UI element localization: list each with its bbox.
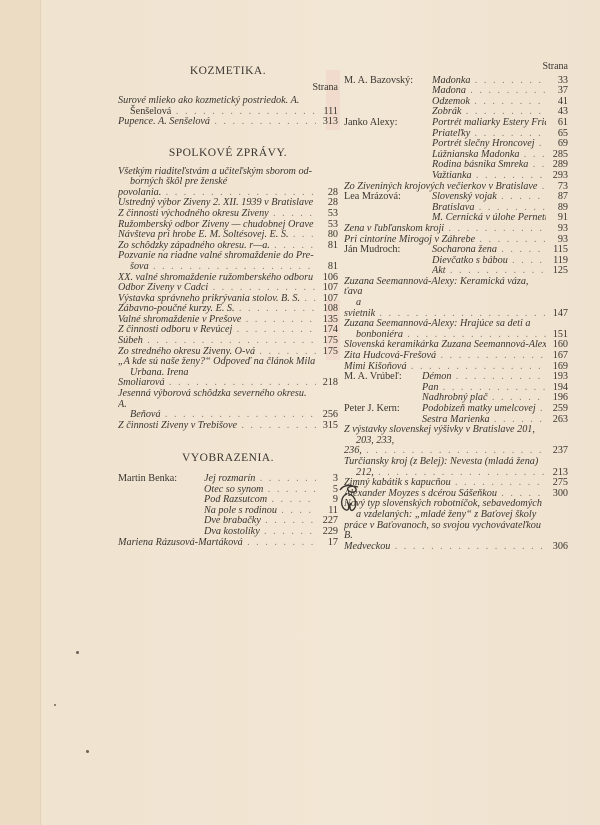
toc-entry: Z činnosti východného okresu Živeny53 — [118, 209, 338, 220]
artwork-title: Sestra Marienka — [422, 415, 546, 426]
toc-entry: Valné shromaždenie v Prešove135 — [118, 315, 338, 326]
toc-entry: Z činnosti Živeny v Trebišove315 — [118, 421, 338, 432]
entry-text: Odbor Živeny v Čadci — [118, 283, 316, 293]
fleuron-ornament-icon — [334, 480, 364, 516]
right-column: Strana M. A. Bazovský: Madonka33 Madona3… — [344, 62, 568, 552]
entry-title: Z činnosti Živeny v Trebišove — [118, 421, 316, 432]
entry-text-cont: 203, 233, 236, — [344, 435, 546, 457]
artwork-title: Bratislava — [432, 203, 546, 214]
artworks-list-1: M. A. Bazovský: Madonka33 Madona37 Odzem… — [344, 76, 568, 277]
artworks-list-3: M. A. Vrúbeľ: Démon193 Pan194 Nadhrobný … — [344, 372, 568, 425]
entry-text: Mimi Kišoňová — [344, 362, 546, 372]
artwork-title: Na pole s rodinou — [204, 506, 316, 517]
entry-text-cont: 212, — [344, 467, 546, 478]
page-number: 229 — [316, 527, 338, 538]
toc-entry: Nový typ slovenských robotníčok, sebaved… — [344, 499, 568, 552]
artwork-entry: Mariena Rázusová-Martáková17 — [118, 538, 338, 549]
artwork-entry: Otec so synom5 — [118, 485, 338, 496]
entry-text: XX. valné shromaždenie ružomberského odb… — [118, 273, 316, 283]
artwork-title: Dva kostolíky — [204, 527, 316, 538]
toc-entry: Zimný kabátik s kapucňou275 — [344, 478, 568, 489]
entry-title: XX. valné shromaždenie ružomberského odb… — [118, 273, 316, 284]
entry-title: Výstavka správneho prikrývania stolov. B… — [118, 294, 316, 305]
page-number: 313 — [316, 117, 338, 128]
toc-entry: Zuzana Seemannová-Alexy: Keramická váza,… — [344, 277, 568, 319]
artwork-entry: Pod Razsutcom9 — [118, 495, 338, 506]
entry-text: Valné shromaždenie v Prešove — [118, 315, 316, 325]
document-page: KOZMETIKA. Strana Surové mlieko ako kozm… — [0, 0, 600, 825]
entry-title: Nový typ slovenských robotníčok, sebaved… — [344, 499, 546, 552]
entry-title: Zuzana Seemannová-Alexy: Hrajúce sa deti… — [344, 319, 546, 340]
artwork-entry: Na pole s rodinou11 — [118, 506, 338, 517]
artwork-title: Akt — [432, 266, 546, 277]
entry-text-cont: borných škôl pre ženské povolania. — [118, 176, 316, 198]
artworks-list-4: Z výstavky slovenskej výšivky v Bratisla… — [344, 425, 568, 552]
entry-text: Z činnosti odboru v Revúcej — [118, 325, 316, 335]
entry-text-cont: a svietnik — [344, 297, 546, 319]
entry-text: Zo schôdzky západného okresu. r—a. — [118, 241, 316, 251]
artwork-title: Dve brabačky — [204, 516, 316, 527]
entry-text: Zo stredného okresu Živeny. O-vá — [118, 347, 316, 357]
page-number: 61 — [546, 118, 568, 129]
artwork-title: Pan — [422, 383, 546, 394]
entry-title: Zimný kabátik s kapucňou — [344, 478, 546, 489]
page-number: 263 — [546, 415, 568, 426]
page-number: 81 — [316, 262, 338, 273]
artist-name: Martin Benka: — [118, 474, 204, 485]
artwork-title: Nadhrobný plač — [422, 393, 546, 404]
entry-text: Zuzana Seemannová-Alexy: Hrajúce sa deti… — [344, 319, 530, 329]
section-title-vyobrazenia: VYOBRAZENIA. — [118, 453, 338, 464]
entry-title: Z výstavky slovenskej výšivky v Bratisla… — [344, 425, 546, 457]
page-number: 125 — [546, 266, 568, 277]
page-number: 237 — [546, 446, 568, 457]
toc-entry: Výstavka správneho prikrývania stolov. B… — [118, 294, 338, 305]
artwork-entry: Važtianka293 — [344, 171, 568, 182]
artist-name: Peter J. Kern: — [344, 404, 422, 415]
toc-entry: Jesenná výborová schôdzka severného okre… — [118, 389, 338, 421]
page-fold-line — [40, 0, 41, 825]
speck — [86, 750, 89, 753]
artwork-entry: M. A. Bazovský: Madonka33 — [344, 76, 568, 87]
toc-entry: Zo schôdzky západného okresu. r—a.81 — [118, 241, 338, 252]
entry-text: Nový typ slovenských robotníčok, sebaved… — [344, 499, 542, 509]
toc-entry: Zábavno-poučné kurzy. E. S.108 — [118, 304, 338, 315]
toc-entry: Návšteva pri hrobe E. M. Šoltésovej. E. … — [118, 230, 338, 241]
speck — [54, 704, 56, 706]
artwork-entry: M. A. Vrúbeľ: Démon193 — [344, 372, 568, 383]
entry-title: Ústredný výbor Živeny 2. XII. 1939 v Bra… — [118, 198, 316, 209]
entry-title: Odbor Živeny v Čadci — [118, 283, 316, 294]
toc-entry: „A kde sú naše ženy?“ Odpoveď na článok … — [118, 357, 338, 389]
toc-entry: Súbeh175 — [118, 336, 338, 347]
entry-text: Ústredný výbor Živeny 2. XII. 1939 v Bra… — [118, 198, 316, 208]
artwork-entry: Dve brabačky227 — [118, 516, 338, 527]
toc-entry: Odbor Živeny v Čadci107 — [118, 283, 338, 294]
page-number: 300 — [546, 489, 568, 500]
artwork-entry: Rodina básnika Smreka289 — [344, 160, 568, 171]
page-number: 93 — [546, 224, 568, 235]
entry-text: Zábavno-poučné kurzy. E. S. — [118, 304, 316, 314]
artwork-title: Otec so synom — [204, 485, 316, 496]
spolkove-zpravy-list: Všetkým riaditeľstvám a učiteľským sboro… — [118, 167, 338, 432]
entry-title: Alexander Moyzes s dcérou Sášeňkou — [344, 489, 546, 500]
artwork-entry: Lúžnianska Madonka285 — [344, 150, 568, 161]
toc-entry: Zo stredného okresu Živeny. O-vá175 — [118, 347, 338, 358]
artwork-entry: Sestra Marienka263 — [344, 415, 568, 426]
artwork-entry: Bratislava89 — [344, 203, 568, 214]
toc-entry: Ružomberský odbor Živeny — chudobnej Ora… — [118, 220, 338, 231]
entry-title: Zo stredného okresu Živeny. O-vá — [118, 347, 316, 358]
artwork-entry: M. Černická v úlohe Pernetty91 — [344, 213, 568, 224]
entry-text: Turčiansky kroj (z Belej): Nevesta (mlad… — [344, 457, 538, 467]
toc-entry: Turčiansky kroj (z Belej): Nevesta (mlad… — [344, 457, 568, 478]
toc-entry: Zuzana Seemannová-Alexy: Hrajúce sa deti… — [344, 319, 568, 340]
artwork-entry: Lea Mrázová: Slovenský vojak87 — [344, 192, 568, 203]
entry-title: Zuzana Seemannová-Alexy: Keramická váza,… — [344, 277, 546, 319]
artwork-title: Portrét slečny Hroncovej — [432, 139, 546, 150]
entry-title: Jesenná výborová schôdzka severného okre… — [118, 389, 316, 421]
artwork-title: Priateľky — [432, 129, 546, 140]
entry-text: Zimný kabátik s kapucňou — [344, 478, 546, 488]
entry-text-cont: Urbana. Irena Smoliarová — [118, 367, 316, 389]
artwork-entry: Ján Mudroch: Socharona žena115 — [344, 245, 568, 256]
left-column: KOZMETIKA. Strana Surové mlieko ako kozm… — [118, 56, 338, 548]
artwork-entry: Dievčatko s bábou119 — [344, 256, 568, 267]
entry-title: Zo schôdzky západného okresu. r—a. — [118, 241, 316, 252]
toc-entry: Slovenská keramikárka Zuzana Seemannová-… — [344, 340, 568, 351]
toc-entry: Pozvanie na riadne valné shromaždenie do… — [118, 251, 338, 272]
artist-name: M. A. Bazovský: — [344, 76, 432, 87]
entry-text: Z činnosti Živeny v Trebišove — [118, 421, 316, 431]
artwork-entry: Priateľky65 — [344, 129, 568, 140]
entry-title: Všetkým riaditeľstvám a učiteľským sboro… — [118, 167, 316, 199]
artwork-title: Žobrák — [432, 107, 546, 118]
entry-text-cont: šova — [118, 261, 316, 272]
artwork-title: Socharona žena — [432, 245, 546, 256]
page-number: 218 — [316, 378, 338, 389]
entry-text: Ružomberský odbor Živeny — chudobnej Ora… — [118, 220, 316, 230]
entry-title: Zita Hudcová-Frešová — [344, 351, 546, 362]
entry-text: Jesenná výborová schôdzka severného okre… — [118, 389, 307, 410]
page-number: 81 — [316, 241, 338, 252]
entry-title: Ružomberský odbor Živeny — chudobnej Ora… — [118, 220, 316, 231]
artwork-title: Portrét maliarky Estery Fridrikovej — [432, 118, 546, 129]
entry-text: „A kde sú naše ženy?“ Odpoveď na článok … — [118, 357, 315, 367]
artwork-title: Važtianka — [432, 171, 546, 182]
artwork-title: Démon — [422, 372, 546, 383]
entry-text-cont: Beňová — [118, 409, 316, 420]
entry-text: Návšteva pri hrobe E. M. Šoltésovej. E. … — [118, 230, 316, 240]
toc-entry: XX. valné shromaždenie ružomberského odb… — [118, 273, 338, 284]
entry-text: Z výstavky slovenskej výšivky v Bratisla… — [344, 425, 535, 435]
artwork-title: Podobizeň matky umelcovej — [422, 404, 546, 415]
toc-entry: Alexander Moyzes s dcérou Sášeňkou300 — [344, 489, 568, 500]
artwork-entry: Dva kostolíky229 — [118, 527, 338, 538]
artist-name: M. A. Vrúbeľ: — [344, 372, 422, 383]
artwork-entry: Peter J. Kern: Podobizeň matky umelcovej… — [344, 404, 568, 415]
entry-text-cont: bonboniéra — [344, 329, 546, 340]
artwork-entry: Portrét slečny Hroncovej69 — [344, 139, 568, 150]
section-title-spolkove-zpravy: SPOLKOVÉ ZPRÁVY. — [118, 148, 338, 159]
artwork-entry: Janko Alexy: Portrét maliarky Estery Fri… — [344, 118, 568, 129]
entry-text: Pozvanie na riadne valné shromaždenie do… — [118, 251, 314, 261]
page-number: 175 — [316, 347, 338, 358]
artist-name: Ján Mudroch: — [344, 245, 432, 256]
toc-entry: Všetkým riaditeľstvám a učiteľským sboro… — [118, 167, 338, 199]
artwork-entry: Martin Benka: Jej rozmarín3 — [118, 474, 338, 485]
entry-text: Zuzana Seemannová-Alexy: Keramická váza,… — [344, 277, 528, 298]
page-number: 293 — [546, 171, 568, 182]
toc-entry: Ústredný výbor Živeny 2. XII. 1939 v Bra… — [118, 198, 338, 209]
entry-title: Pozvanie na riadne valné shromaždenie do… — [118, 251, 316, 272]
page-number: 17 — [316, 538, 338, 549]
artwork-title: Mariena Rázusová-Martáková — [118, 538, 316, 549]
artwork-title: Rodina básnika Smreka — [432, 160, 546, 171]
artwork-entry: Madona37 — [344, 86, 568, 97]
artworks-list-2: Zuzana Seemannová-Alexy: Keramická váza,… — [344, 277, 568, 372]
entry-text: Súbeh — [118, 336, 316, 346]
artwork-entry: Akt125 — [344, 266, 568, 277]
entry-title: Z činnosti odboru v Revúcej — [118, 325, 316, 336]
artwork-title: Madona — [432, 86, 546, 97]
artwork-entry: Žena v ľubľanskom kroji93 — [344, 224, 568, 235]
page-number: 259 — [546, 404, 568, 415]
artwork-title: Madonka — [432, 76, 546, 87]
entry-text: Alexander Moyzes s dcérou Sášeňkou — [344, 489, 546, 499]
entry-text: Všetkým riaditeľstvám a učiteľským sboro… — [118, 167, 312, 177]
entry-text: Z činnosti východného okresu Živeny — [118, 209, 316, 219]
toc-entry: Pupence. A. Šenšelová 313 — [118, 117, 338, 128]
artwork-title: Lúžnianska Madonka — [432, 150, 546, 161]
entry-text-cont: a vzdelaných: „mladé ženy“ z Baťovej ško… — [344, 509, 546, 552]
page-number: 53 — [316, 209, 338, 220]
section-title-kozmetika: KOZMETIKA. — [118, 66, 338, 77]
entry-title: Slovenská keramikárka Zuzana Seemannová-… — [344, 340, 546, 351]
artwork-title: Jej rozmarín — [204, 474, 316, 485]
vyobrazenia-list: Martin Benka: Jej rozmarín3 Otec so syno… — [118, 474, 338, 548]
page-number: 147 — [546, 309, 568, 320]
page-number: 315 — [316, 421, 338, 432]
artwork-entry: Odzemok41 — [344, 97, 568, 108]
entry-title: Súbeh — [118, 336, 316, 347]
artwork-title: Odzemok — [432, 97, 546, 108]
artwork-title: M. Černická v úlohe Pernetty — [432, 213, 546, 224]
entry-title: „A kde sú naše ženy?“ Odpoveď na článok … — [118, 357, 316, 389]
page-number: 306 — [546, 542, 568, 553]
artist-name: Lea Mrázová: — [344, 192, 432, 203]
entry-title: Návšteva pri hrobe E. M. Šoltésovej. E. … — [118, 230, 316, 241]
entry-text: Zita Hudcová-Frešová — [344, 351, 546, 361]
speck — [76, 651, 79, 654]
artwork-title: Dievčatko s bábou — [432, 256, 546, 267]
toc-entry: Zita Hudcová-Frešová167 — [344, 351, 568, 362]
artwork-entry: Pan194 — [344, 383, 568, 394]
strana-label: Strana — [344, 62, 568, 73]
artist-name: Janko Alexy: — [344, 118, 432, 129]
toc-entry: Mimi Kišoňová169 — [344, 362, 568, 373]
strana-label: Strana — [118, 83, 338, 94]
toc-entry: Z činnosti odboru v Revúcej174 — [118, 325, 338, 336]
toc-entry: Z výstavky slovenskej výšivky v Bratisla… — [344, 425, 568, 457]
artwork-title: Pod Razsutcom — [204, 495, 316, 506]
entry-title: Z činnosti východného okresu Živeny — [118, 209, 316, 220]
entry-title: Valné shromaždenie v Prešove — [118, 315, 316, 326]
entry-text: Výstavka správneho prikrývania stolov. B… — [118, 294, 316, 304]
entry-title: Mimi Kišoňová — [344, 362, 546, 373]
entry-title: Zábavno-poučné kurzy. E. S. — [118, 304, 316, 315]
entry-title: Turčiansky kroj (z Belej): Nevesta (mlad… — [344, 457, 546, 478]
artwork-title: Slovenský vojak — [432, 192, 546, 203]
artwork-title: Žena v ľubľanskom kroji — [344, 224, 546, 235]
entry-text: Slovenská keramikárka Zuzana Seemannová-… — [344, 340, 546, 350]
toc-entry: Surové mlieko ako kozmetický postriedok.… — [118, 96, 338, 117]
